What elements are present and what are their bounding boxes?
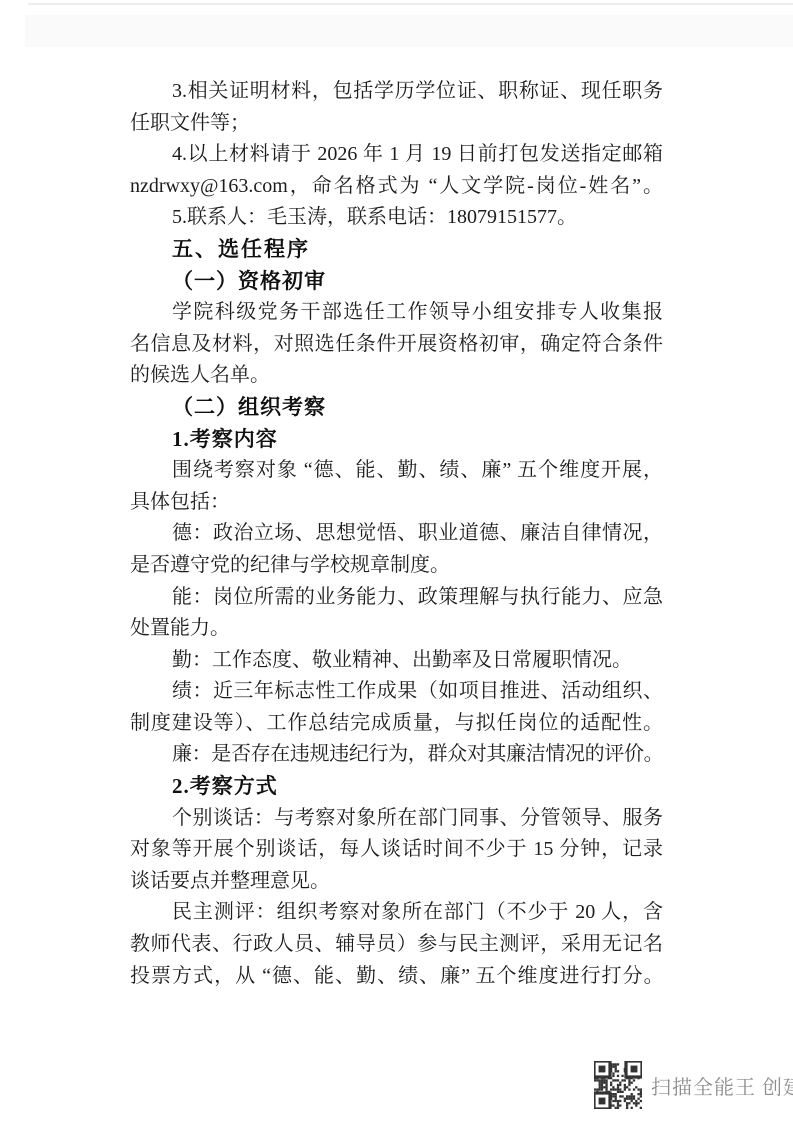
scanner-credit-label: 扫描全能王 创建 xyxy=(651,1071,793,1100)
text-line: 谈话要点并整理意见。 xyxy=(130,866,663,898)
qr-code-icon xyxy=(594,1061,642,1109)
text-line: 1.考察内容 xyxy=(130,424,663,456)
scanner-credit: 扫描全能王 创建 xyxy=(594,1061,793,1109)
text-line: 投票方式，从 “德、能、勤、绩、廉” 五个维度进行打分。 xyxy=(130,961,663,993)
scan-artifact-band xyxy=(25,15,793,47)
text-line: 绩：近三年标志性工作成果（如项目推进、活动组织、 xyxy=(130,676,663,708)
text-line: 任职文件等； xyxy=(130,108,663,140)
text-line: 围绕考察对象 “德、能、勤、绩、廉” 五个维度开展， xyxy=(130,455,663,487)
text-line: 五、选任程序 xyxy=(130,234,663,266)
text-line: （一）资格初审 xyxy=(130,266,663,298)
text-line: 的候选人名单。 xyxy=(130,360,663,392)
text-line: 名信息及材料，对照选任条件开展资格初审，确定符合条件 xyxy=(130,329,663,361)
text-line: 4.以上材料请于 2026 年 1 月 19 日前打包发送指定邮箱 xyxy=(130,139,663,171)
text-line: 德：政治立场、思想觉悟、职业道德、廉洁自律情况， xyxy=(130,518,663,550)
text-line: nzdrwxy@163.com，命名格式为 “人文学院-岗位-姓名”。 xyxy=(130,171,663,203)
text-line: （二）组织考察 xyxy=(130,392,663,424)
text-line: 3.相关证明材料，包括学历学位证、职称证、现任职务 xyxy=(130,76,663,108)
text-line: 民主测评：组织考察对象所在部门（不少于 20 人，含 xyxy=(130,897,663,929)
text-line: 勤：工作态度、敬业精神、出勤率及日常履职情况。 xyxy=(130,645,663,677)
text-line: 能：岗位所需的业务能力、政策理解与执行能力、应急 xyxy=(130,582,663,614)
text-line: 学院科级党务干部选任工作领导小组安排专人收集报 xyxy=(130,297,663,329)
text-line: 是否遵守党的纪律与学校规章制度。 xyxy=(130,550,663,582)
text-line: 2.考察方式 xyxy=(130,771,663,803)
text-line: 个别谈话：与考察对象所在部门同事、分管领导、服务 xyxy=(130,803,663,835)
text-line: 廉：是否存在违规违纪行为，群众对其廉洁情况的评价。 xyxy=(130,739,663,771)
text-line: 对象等开展个别谈话，每人谈话时间不少于 15 分钟，记录 xyxy=(130,834,663,866)
text-line: 具体包括： xyxy=(130,487,663,519)
text-line: 处置能力。 xyxy=(130,613,663,645)
text-line: 教师代表、行政人员、辅导员）参与民主测评，采用无记名 xyxy=(130,929,663,961)
scan-artifact-line xyxy=(28,3,793,5)
text-line: 5.联系人：毛玉涛，联系电话：18079151577。 xyxy=(130,202,663,234)
text-line: 制度建设等）、工作总结完成质量，与拟任岗位的适配性。 xyxy=(130,708,663,740)
document-page: 3.相关证明材料，包括学历学位证、职称证、现任职务任职文件等；4.以上材料请于 … xyxy=(0,0,793,1123)
document-body: 3.相关证明材料，包括学历学位证、职称证、现任职务任职文件等；4.以上材料请于 … xyxy=(130,76,663,992)
